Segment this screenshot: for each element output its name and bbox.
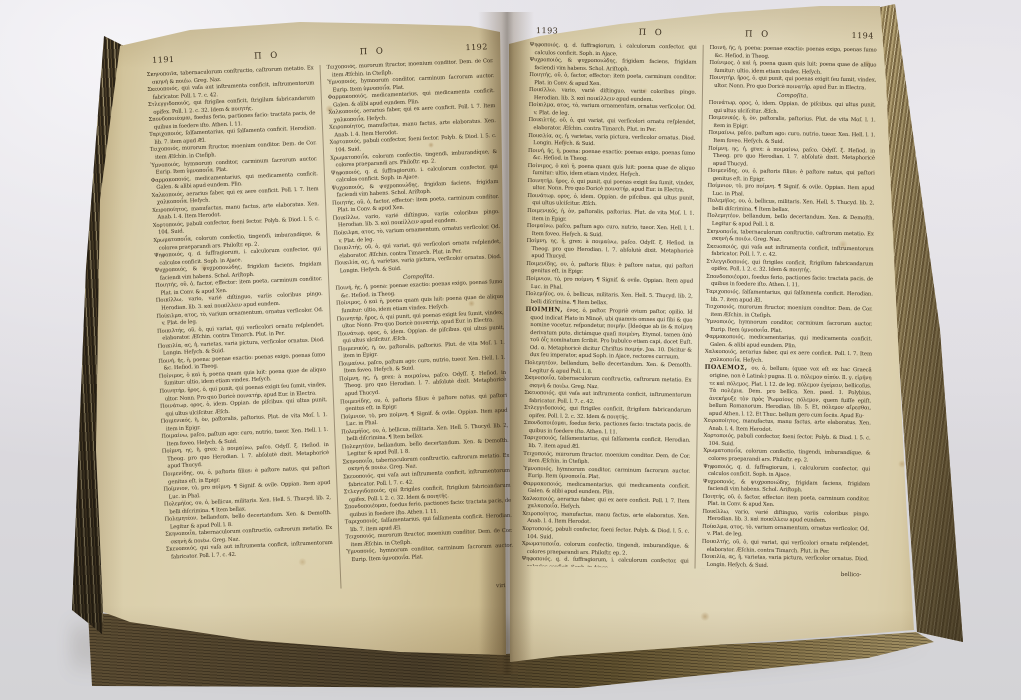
- text-columns: Ψηφοποιός, q. d. ſuffragiorum, i. calcul…: [522, 42, 880, 571]
- text-column: Ψηφοποιός, q. d. ſuffragiorum, i. calcul…: [522, 42, 703, 569]
- text-column: Ποινή, ῆς, ἡ, poena: poenae exactio: poe…: [694, 45, 876, 572]
- running-head: Π Ο: [745, 29, 771, 39]
- running-head: Π Ο: [360, 46, 386, 57]
- dictionary-entry: Ποινητήρ, ῆρος, ὁ, qui punit, qui poenas…: [709, 75, 876, 93]
- dictionary-entry: Ποίμνη, ης, ἡ, grex: à ποιμαίνω, paſco. …: [708, 145, 875, 170]
- featured-dictionary-entry: ΠΟΙΜΗΝ, ένος, ὁ, paſtor. Propriè ovium p…: [525, 306, 693, 362]
- column-number: 1191: [152, 55, 175, 65]
- dictionary-entry: Ποίμνη, ης, ἡ, grex: à ποιμαίνω, paſco. …: [526, 238, 693, 263]
- photo-backdrop: 1191 Π Ο Π Ο 1192 Σκηνοποιΐα, tabernacul…: [0, 0, 1021, 700]
- text-column: Σκηνοποιΐα, tabernaculorum conſtructio, …: [147, 65, 341, 596]
- column-number: 1194: [851, 31, 873, 40]
- right-page-text: 1193 Π Ο Π Ο 1194 Ψηφοποιός, q. d. ſuffr…: [521, 26, 880, 603]
- column-number: 1193: [536, 26, 558, 35]
- text-columns: Σκηνοποιΐα, tabernaculorum conſtructio, …: [147, 58, 516, 596]
- left-page-text: 1191 Π Ο Π Ο 1192 Σκηνοποιΐα, tabernacul…: [146, 42, 516, 622]
- featured-dictionary-entry: ΠΟΛΕΜΟΣ, ου, ὁ, bellum: (quae vox eſt ex…: [704, 364, 872, 420]
- column-number: 1192: [465, 42, 488, 52]
- running-head: Π Ο: [639, 28, 665, 38]
- running-head: Π Ο: [254, 51, 280, 62]
- text-column: Τειχοποιός, murorum ſtructor, moenium co…: [320, 58, 515, 589]
